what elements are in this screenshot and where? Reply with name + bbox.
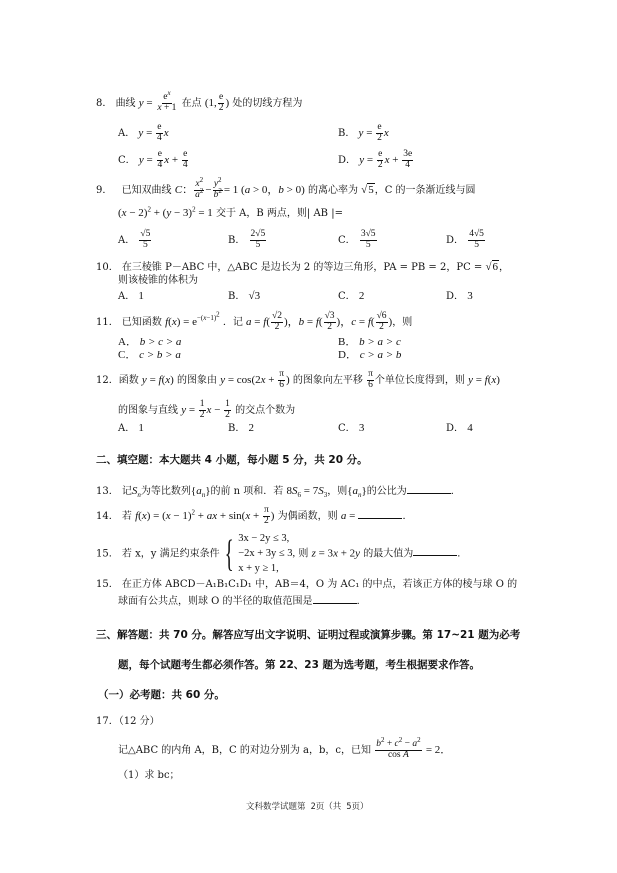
- answer-blank[interactable]: [313, 595, 357, 604]
- stem-text: 为等比数列: [141, 486, 191, 497]
- option-c: C． c > b > a: [118, 350, 181, 361]
- question-number: 8．: [96, 98, 112, 109]
- subsection-title-required: （一）必考题：共 60 分。: [98, 690, 225, 701]
- option-label: A．: [118, 235, 135, 246]
- option-label: C．: [118, 155, 136, 166]
- stem-text: 的最大值为: [363, 548, 413, 559]
- option-a: A． y = e4x: [118, 123, 169, 144]
- question-number: 14．: [96, 511, 119, 522]
- section-title-fill-in: 二、填空题：本大题共 4 小题，每小题 5 分，共 20 分。: [96, 455, 368, 466]
- stem-text: 若 x，y 满足约束条件: [122, 548, 220, 559]
- question-17-header: 17．（12 分）: [96, 717, 160, 727]
- page-footer: 文科数学试题第 2页（共 5页）: [246, 803, 368, 812]
- math-expr: y = e2x + 3e4: [359, 154, 414, 166]
- math-expr: √5: [361, 184, 375, 196]
- stem-text: 则: [298, 548, 308, 559]
- option-c: C． 3: [338, 423, 364, 434]
- option-label: B．: [338, 128, 355, 139]
- brace-icon: {: [224, 535, 233, 573]
- question-15-constraints: 15． 若 x，y 满足约束条件 { 3x − 2y ≤ 3, −2x + 3y…: [96, 531, 467, 577]
- stem-text: 的图象与直线: [118, 405, 178, 416]
- stem-text: 的图象向左平移: [293, 375, 363, 386]
- option-d: D． 4√55: [446, 230, 486, 251]
- stem-text: ，: [499, 262, 509, 273]
- question-12-line2: 的图象与直线 y = 12x − 12 的交点个数为: [118, 400, 295, 421]
- option-d: D． y = e2x + 3e4: [338, 150, 414, 171]
- question-8: 8． 曲线 y = exx + 1 在点 (1,e2) 处的切线方程为: [96, 93, 302, 114]
- section-title-solutions: 三、解答题：共 70 分。解答应写出文字说明、证明过程或演算步骤。第 17~21…: [96, 630, 520, 641]
- stem-text: 若: [122, 511, 132, 522]
- option-label: D．: [338, 155, 356, 166]
- option-c: C． 3√55: [338, 230, 378, 251]
- answer-blank[interactable]: [413, 547, 457, 556]
- section-title-solutions-line2: 题，每个试题考生都必须作答。第 22、23 题为选考题，考生根据要求作答。: [118, 660, 480, 671]
- stem-text: 的前 n 项和．若: [210, 486, 283, 497]
- stem-text: ，C 的一条渐近线与圆: [375, 185, 476, 196]
- stem-text: 已知双曲线: [122, 185, 172, 196]
- stem-text: 的图象由: [177, 375, 217, 386]
- option-d: D． c > a > b: [338, 350, 401, 361]
- option-a: A． b > c > a: [118, 337, 181, 348]
- stem-text: = 2．: [426, 744, 451, 756]
- math-expr: (1,e2): [205, 97, 229, 109]
- stem-text: 在三棱锥 P－ABC 中，△ABC 是边长为 2 的等边三角形，PA = PB …: [122, 262, 482, 273]
- question-10-line2: 则该棱锥的体积为: [118, 276, 198, 286]
- option-label: D．: [446, 235, 464, 246]
- option-b: B． √3: [228, 291, 260, 302]
- math-expr: C：x2a2−y2b2= 1 (a > 0，b > 0): [175, 184, 305, 196]
- option-b: B． 2: [228, 423, 254, 434]
- question-14: 14． 若 f(x) = (x − 1)2 + ax + sin(x + π2)…: [96, 506, 412, 527]
- option-a: A． 1: [118, 423, 144, 434]
- stem-text: ，则: [392, 317, 412, 328]
- answer-blank[interactable]: [358, 510, 402, 519]
- question-13: 13． 记Sn为等比数列{an}的前 n 项和．若 8S6 = 7S3，则{an…: [96, 485, 461, 497]
- option-b: B． 2√55: [228, 230, 267, 251]
- stem-text: 记: [122, 486, 132, 497]
- option-a: A． 1: [118, 291, 144, 302]
- question-15-cube: 15． 在正方体 ABCD－A₁B₁C₁D₁ 中，AB＝4，O 为 AC₁ 的中…: [96, 580, 517, 590]
- question-12: 12．函数 y = f(x) 的图象由 y = cos(2x + π6) 的图象…: [96, 370, 500, 391]
- stem-text: 个单位长度得到，则: [375, 375, 465, 386]
- option-b: B． b > a > c: [338, 337, 401, 348]
- question-number: 15．: [96, 548, 119, 559]
- option-label: C．: [338, 235, 356, 246]
- question-15-cube-line2: 球面有公共点，则球 O 的半径的取值范围是．: [118, 595, 367, 607]
- stem-text: 球面有公共点，则球 O 的半径的取值范围是: [118, 596, 313, 607]
- option-b: B． y = e2x: [338, 123, 389, 144]
- stem-text: 在正方体 ABCD－A₁B₁C₁D₁ 中，AB＝4，O 为 AC₁ 的中点，若该…: [122, 579, 517, 590]
- option-label: A．: [118, 128, 135, 139]
- question-17-stem: 记△ABC 的内角 A，B，C 的对边分别为 a，b，c，已知 b2 + c2 …: [118, 740, 451, 761]
- stem-text: 记△ABC 的内角 A，B，C 的对边分别为 a，b，c，已知: [118, 745, 371, 756]
- stem-text: 的公比为: [367, 486, 407, 497]
- stem-text: 已知函数: [122, 317, 162, 328]
- math-expr: (x − 2)2 + (y − 3)2 = 1: [118, 207, 213, 219]
- question-number: 9．: [96, 185, 112, 196]
- stem-text: 曲线: [116, 98, 136, 109]
- option-d: D． 3: [446, 291, 473, 302]
- math-expr: y = e4x + e4: [139, 154, 190, 166]
- question-number: 10．: [96, 262, 119, 273]
- math-expr: y = exx + 1: [139, 97, 179, 109]
- stem-text: 的离心率为: [308, 185, 358, 196]
- stem-text: ，则: [327, 486, 347, 497]
- question-9: 9． 已知双曲线 C：x2a2−y2b2= 1 (a > 0，b > 0) 的离…: [96, 180, 476, 201]
- stem-text: 为偶函数，则: [278, 511, 338, 522]
- question-17-part-1: （1）求 bc；: [118, 771, 180, 781]
- question-11: 11． 已知函数 f(x) = e−(x−1)2 ．记 a = f(√22)，b…: [96, 312, 412, 333]
- question-10: 10． 在三棱锥 P－ABC 中，△ABC 是边长为 2 的等边三角形，PA =…: [96, 262, 509, 273]
- option-label: B．: [228, 235, 245, 246]
- option-d: D． 4: [446, 423, 473, 434]
- answer-blank[interactable]: [407, 485, 451, 494]
- stem-text: 函数: [119, 375, 139, 386]
- stem-text: 处的切线方程为: [232, 98, 302, 109]
- constraint-system: 3x − 2y ≤ 3, −2x + 3y ≤ 3, x + y ≥ 1,: [238, 531, 295, 577]
- stem-text: 的交点个数为: [235, 405, 295, 416]
- math-expr: y = e4x: [138, 127, 168, 139]
- question-points: （12 分）: [119, 716, 160, 727]
- question-9-line2: (x − 2)2 + (y − 3)2 = 1 交于 A，B 两点，则| AB …: [118, 208, 343, 219]
- question-number: 15．: [96, 579, 119, 590]
- question-number: 13．: [96, 486, 119, 497]
- question-number: 11．: [96, 317, 119, 328]
- question-number: 12．: [96, 375, 119, 386]
- question-number: 17．: [96, 716, 119, 727]
- stem-text: 在点: [182, 98, 202, 109]
- option-c: C． y = e4x + e4: [118, 150, 190, 171]
- option-c: C． 2: [338, 291, 364, 302]
- stem-text: ．记: [223, 317, 243, 328]
- math-expr: y = e2x: [359, 127, 389, 139]
- stem-text: 交于 A，B 两点，则| AB |=: [216, 208, 343, 219]
- option-a: A． √55: [118, 230, 152, 251]
